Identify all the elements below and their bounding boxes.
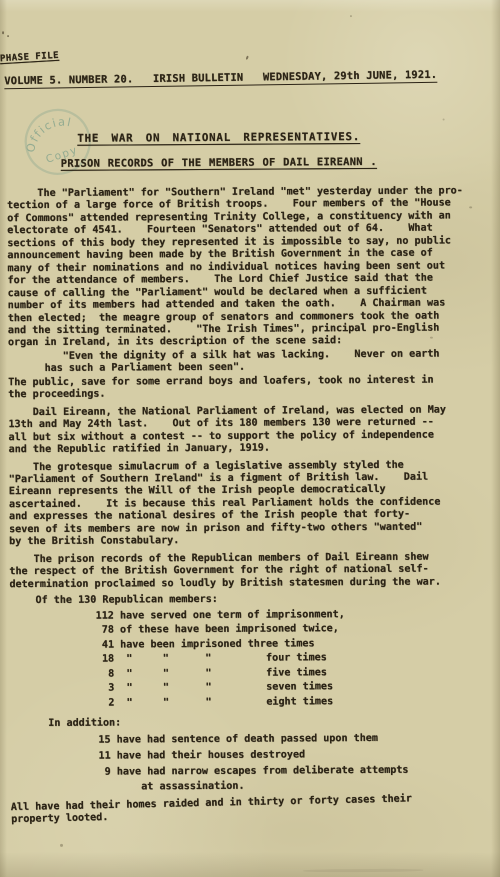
- paper-speck: [60, 844, 63, 847]
- paper-speck: [469, 206, 472, 208]
- masthead-volume-number: VOLUME 5. NUMBER 20.: [4, 73, 133, 87]
- paper-speck: [2, 31, 4, 34]
- masthead: VOLUME 5. NUMBER 20. IRISH BULLETIN WEDN…: [4, 69, 437, 89]
- paper-speck: [246, 55, 249, 59]
- paragraph-public-interest: The public, save for some errand boys an…: [8, 374, 494, 402]
- paragraph-grotesque-simulacrum: The grotesque simulacrum of a legislativ…: [9, 459, 496, 549]
- masthead-publication-title: IRISH BULLETIN: [153, 72, 244, 85]
- file-annotation: PHASE FILE: [0, 51, 59, 64]
- prison-list: 112 have served one term of imprisonment…: [10, 607, 497, 711]
- addition-list: 15 have had sentence of death passed upo…: [10, 731, 496, 796]
- paragraph-parliament-met: The "Parliament" for "Southern" Ireland …: [7, 185, 494, 350]
- article-body: The "Parliament" for "Southern" Ireland …: [7, 185, 497, 827]
- paragraph-dail-elected: Dail Eireann, the National Parliament of…: [8, 404, 494, 457]
- prison-list-intro: Of the 130 Republican members:: [9, 592, 495, 607]
- paper-speck: [443, 119, 445, 121]
- paragraph-homes-raided: All have had their homes raided and in t…: [11, 791, 497, 827]
- quote-irish-times: "Even the dignity of a silk hat was lack…: [8, 348, 494, 376]
- paragraph-prison-records: The prison records of the Republican mem…: [9, 551, 495, 591]
- addition-label: In addition:: [10, 715, 496, 730]
- paper-speck: [430, 337, 433, 339]
- paper-speck: [350, 15, 352, 17]
- article-title: THE WAR ON NATIONAL REPRESENTATIVES.: [39, 130, 399, 145]
- article-subtitle: PRISON RECORDS OF THE MEMBERS OF DAIL EI…: [39, 156, 399, 170]
- document-page: PHASE FILE VOLUME 5. NUMBER 20. IRISH BU…: [0, 0, 500, 877]
- page-content: PHASE FILE VOLUME 5. NUMBER 20. IRISH BU…: [0, 0, 500, 877]
- paper-speck: [7, 35, 9, 37]
- paper-smudge: [303, 869, 423, 873]
- masthead-date: WEDNESDAY, 29th JUNE, 1921.: [263, 69, 437, 84]
